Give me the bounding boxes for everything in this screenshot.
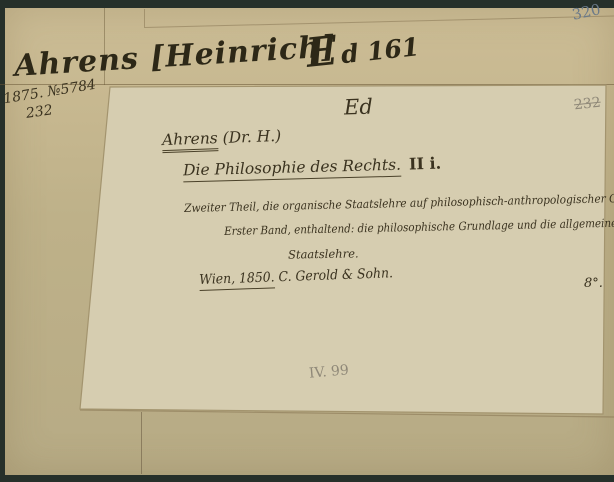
shelfmark-number: d 161 xyxy=(340,32,421,69)
lower-pencil-line xyxy=(141,412,142,474)
entry-author-name: Ahrens xyxy=(162,129,218,153)
catalog-card-scan: { "card": { "header": { "author": "Ahren… xyxy=(0,0,614,482)
slip-shelfmark: Ed xyxy=(344,95,374,120)
entry-volume: II i. xyxy=(409,154,442,174)
entry-author-rest: (Dr. H.) xyxy=(217,127,281,147)
format-designation: 8°. xyxy=(584,276,603,291)
imprint-place-year: Wien, 1850. xyxy=(199,269,275,291)
shelfmark-initial: E xyxy=(304,27,339,77)
crossed-out-number: 232 xyxy=(573,95,601,114)
entry-subtitle-line3: Staatslehre. xyxy=(288,246,359,261)
